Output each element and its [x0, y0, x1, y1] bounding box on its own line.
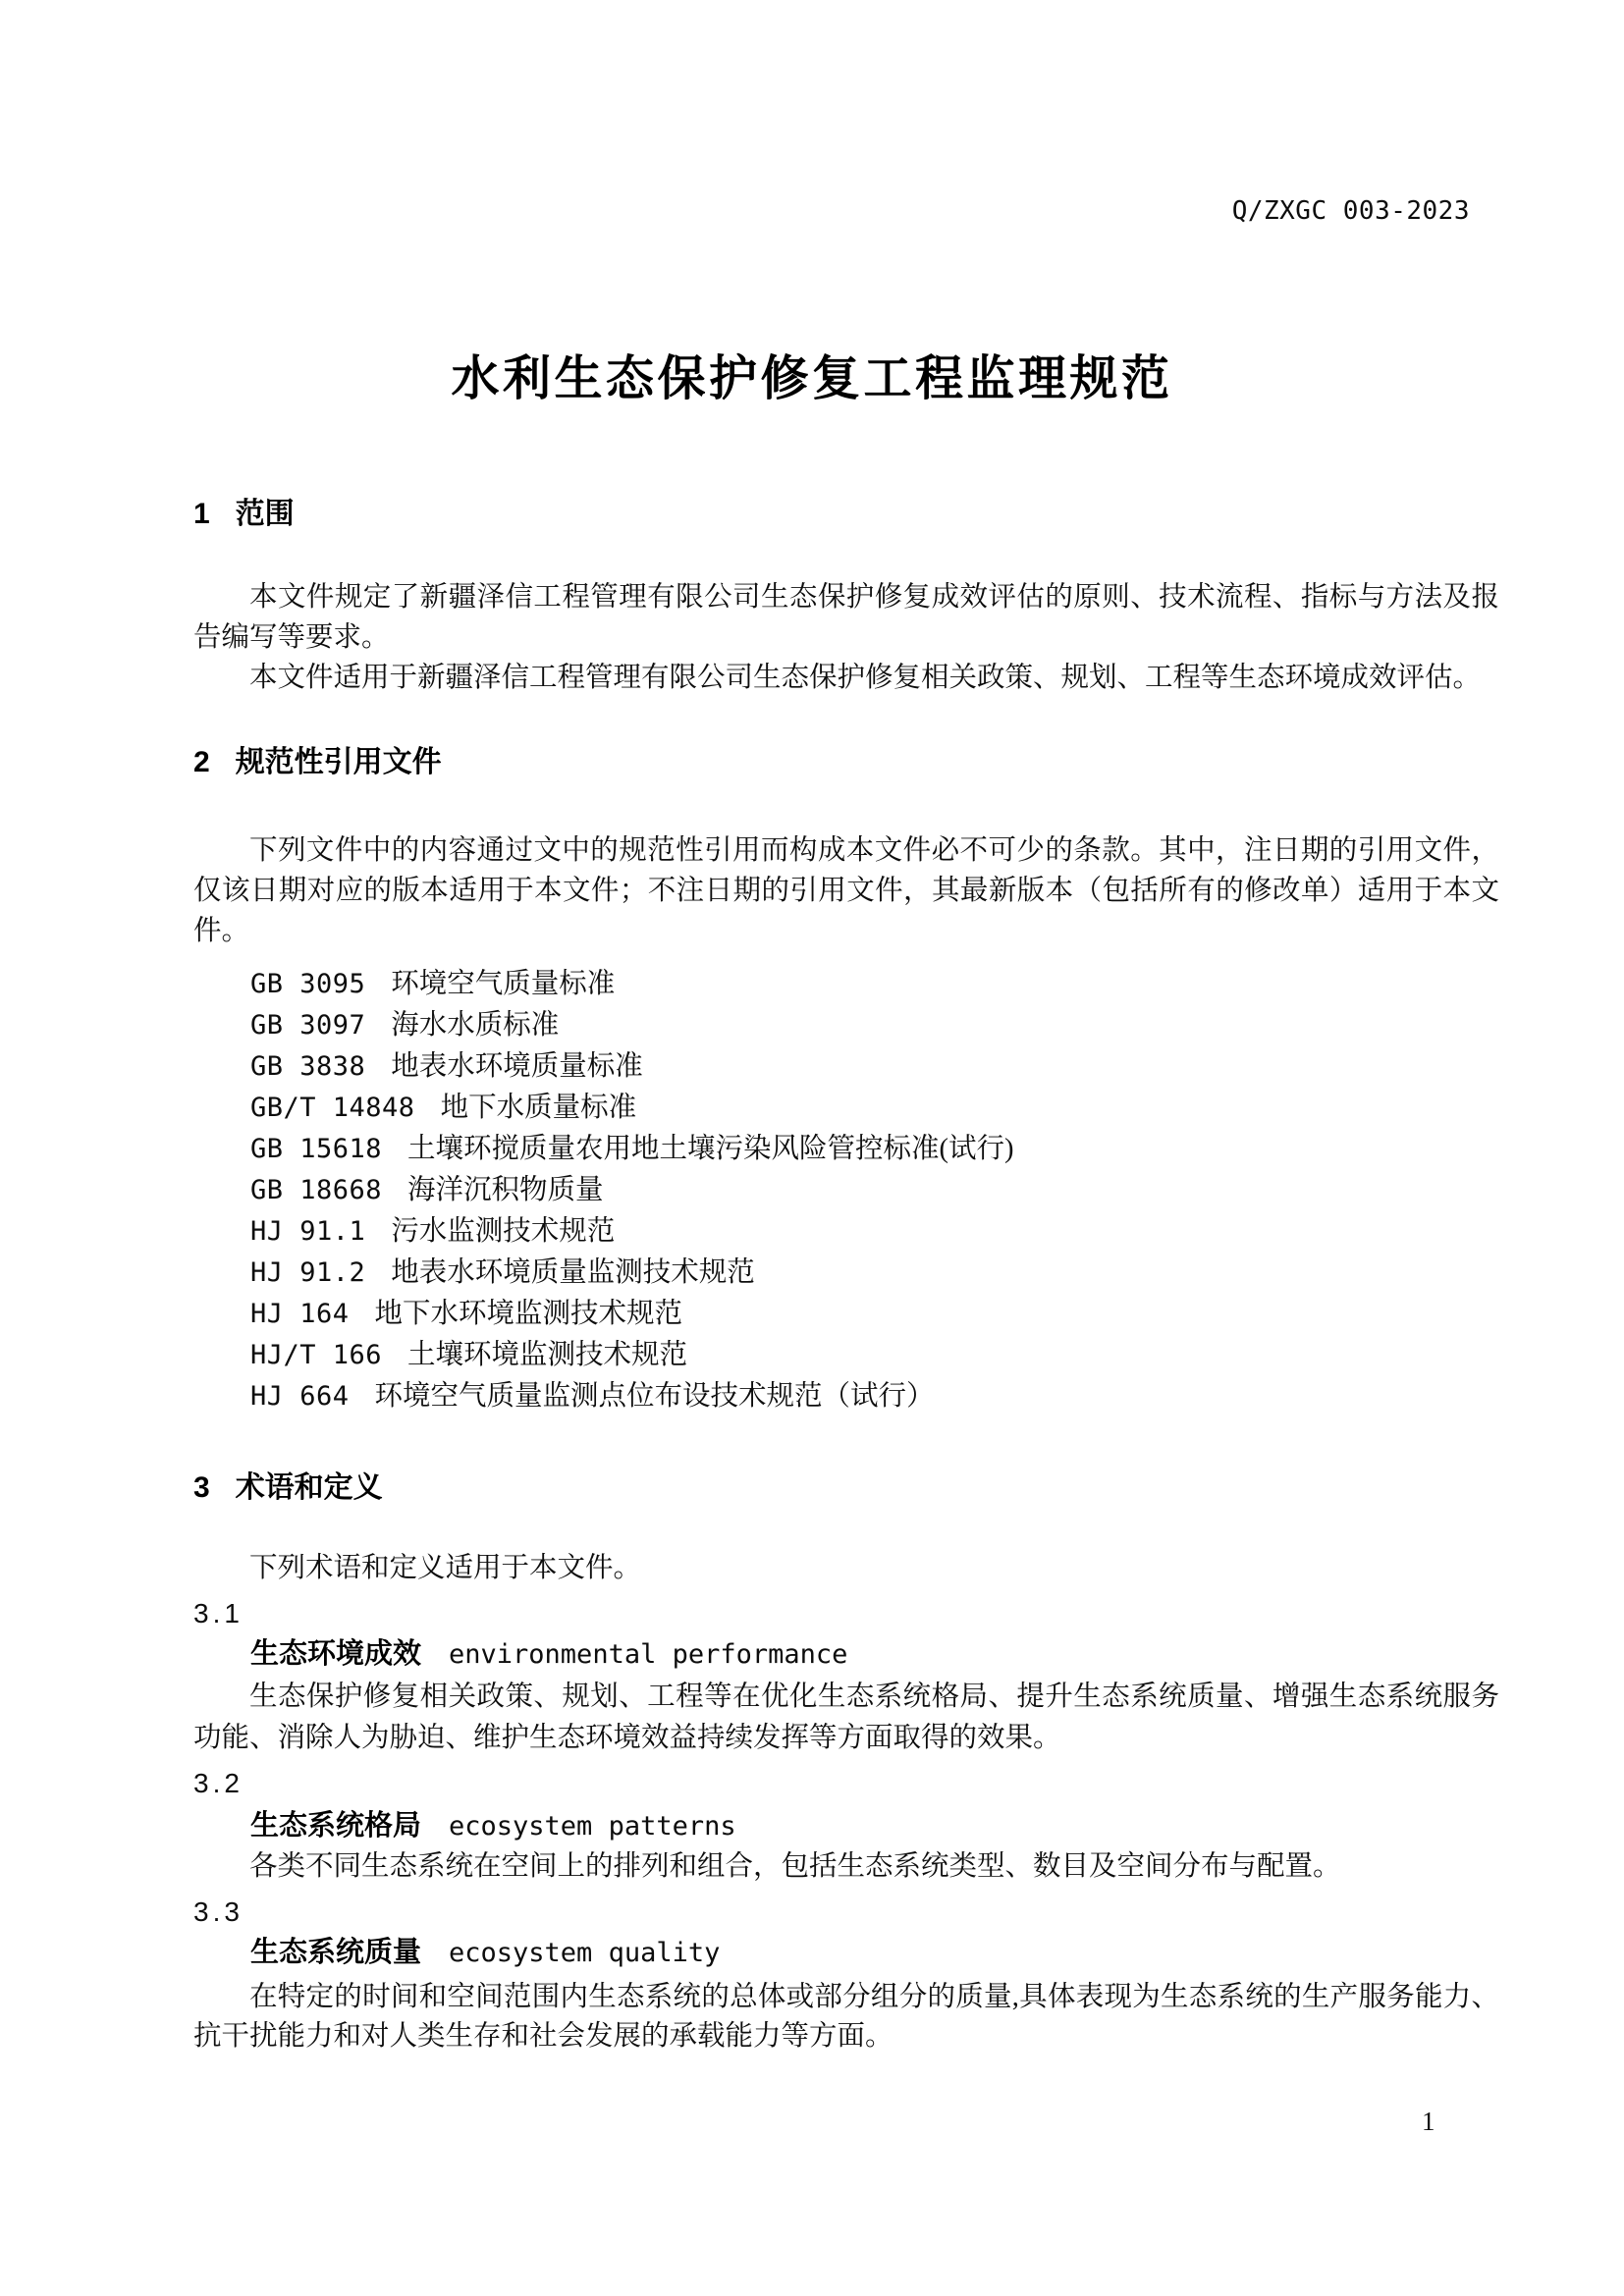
reference-item: GB 3838地表水环境质量标准	[250, 1046, 1517, 1088]
reference-title: 土壤环境监测技术规范	[407, 1340, 687, 1370]
paragraph: 各类不同生态系统在空间上的排列和组合，包括生态系统类型、数目及空间分布与配置。	[193, 1846, 1499, 1888]
reference-item: GB 3097海水水质标准	[250, 1005, 1517, 1046]
reference-item: HJ 164地下水环境监测技术规范	[250, 1294, 1517, 1335]
reference-code: HJ 91.2	[250, 1257, 365, 1288]
term-definition-3-2: 各类不同生态系统在空间上的排列和组合，包括生态系统类型、数目及空间分布与配置。	[193, 1846, 1499, 1888]
reference-title: 地下水环境监测技术规范	[375, 1299, 683, 1329]
reference-code: GB 3097	[250, 1010, 365, 1041]
reference-item: GB 3095环境空气质量标准	[250, 964, 1517, 1005]
section-number: 2	[193, 743, 210, 782]
reference-title: 地下水质量标准	[441, 1093, 637, 1123]
reference-code: HJ 164	[250, 1299, 350, 1329]
reference-item: HJ 664环境空气质量监测点位布设技术规范（试行）	[250, 1376, 1517, 1417]
reference-title: 海水水质标准	[391, 1010, 559, 1041]
term-name-en: ecosystem quality	[449, 1938, 720, 1968]
standard-code: Q/ZXGC 003-2023	[1232, 196, 1470, 226]
reference-title: 土壤环搅质量农用地土壤污染风险管控标准(试行)	[407, 1134, 1013, 1164]
reference-code: GB 3095	[250, 969, 365, 999]
reference-title: 环境空气质量监测点位布设技术规范（试行）	[375, 1381, 935, 1412]
reference-code: GB/T 14848	[250, 1093, 415, 1123]
reference-code: GB 18668	[250, 1175, 382, 1205]
paragraph: 下列术语和定义适用于本文件。	[193, 1548, 1499, 1588]
term-line-3-1: 生态环境成效environmental performance	[250, 1636, 847, 1677]
reference-code: HJ/T 166	[250, 1340, 382, 1370]
document-page: Q/ZXGC 003-2023 水利生态保护修复工程监理规范 1范围 本文件规定…	[0, 0, 1624, 2296]
reference-code: HJ 664	[250, 1381, 350, 1412]
term-name-zh: 生态系统格局	[250, 1810, 421, 1842]
reference-item: GB/T 14848地下水质量标准	[250, 1088, 1517, 1129]
term-name-zh: 生态系统质量	[250, 1937, 421, 1968]
section-title: 术语和定义	[236, 1471, 383, 1504]
reference-item: HJ/T 166土壤环境监测技术规范	[250, 1335, 1517, 1376]
document-title: 水利生态保护修复工程监理规范	[0, 349, 1624, 408]
reference-item: HJ 91.2地表水环境质量监测技术规范	[250, 1253, 1517, 1294]
reference-code: HJ 91.1	[250, 1216, 365, 1247]
section-title: 范围	[236, 498, 295, 530]
section-terms-intro: 下列术语和定义适用于本文件。	[193, 1548, 1499, 1588]
normative-references-list: GB 3095环境空气质量标准 GB 3097海水水质标准 GB 3838地表水…	[250, 964, 1517, 1417]
reference-title: 地表水环境质量监测技术规范	[391, 1257, 755, 1288]
paragraph: 生态保护修复相关政策、规划、工程等在优化生态系统格局、提升生态系统质量、增强生态…	[193, 1677, 1499, 1759]
reference-title: 污水监测技术规范	[391, 1216, 615, 1247]
term-line-3-3: 生态系统质量ecosystem quality	[250, 1935, 720, 1975]
reference-item: GB 18668海洋沉积物质量	[250, 1170, 1517, 1211]
reference-item: GB 15618土壤环搅质量农用地土壤污染风险管控标准(试行)	[250, 1129, 1517, 1170]
reference-item: HJ 91.1污水监测技术规范	[250, 1211, 1517, 1253]
term-name-zh: 生态环境成效	[250, 1638, 421, 1670]
reference-title: 海洋沉积物质量	[407, 1175, 604, 1205]
term-name-en: ecosystem patterns	[449, 1811, 736, 1842]
reference-title: 环境空气质量标准	[391, 969, 615, 999]
clause-number-3-3: 3.3	[193, 1895, 244, 1930]
section-title: 规范性引用文件	[236, 746, 442, 778]
clause-number-3-1: 3.1	[193, 1596, 244, 1631]
section-scope-body: 本文件规定了新疆泽信工程管理有限公司生态保护修复成效评估的原则、技术流程、指标与…	[193, 577, 1499, 698]
section-references-intro: 下列文件中的内容通过文中的规范性引用而构成本文件必不可少的条款。其中，注日期的引…	[193, 830, 1499, 951]
paragraph: 下列文件中的内容通过文中的规范性引用而构成本文件必不可少的条款。其中，注日期的引…	[193, 830, 1499, 951]
paragraph: 本文件适用于新疆泽信工程管理有限公司生态保护修复相关政策、规划、工程等生态环境成…	[193, 658, 1499, 698]
section-number: 3	[193, 1468, 210, 1508]
page-number: 1	[1422, 2107, 1435, 2137]
term-definition-3-1: 生态保护修复相关政策、规划、工程等在优化生态系统格局、提升生态系统质量、增强生态…	[193, 1677, 1499, 1759]
clause-number-3-2: 3.2	[193, 1766, 244, 1801]
section-number: 1	[193, 495, 210, 534]
paragraph: 在特定的时间和空间范围内生态系统的总体或部分组分的质量,具体表现为生态系统的生产…	[193, 1978, 1499, 2056]
reference-code: GB 3838	[250, 1051, 365, 1082]
section-terms-heading: 3术语和定义	[193, 1468, 383, 1508]
reference-code: GB 15618	[250, 1134, 382, 1164]
term-name-en: environmental performance	[449, 1639, 847, 1670]
section-scope-heading: 1范围	[193, 495, 295, 534]
section-references-heading: 2规范性引用文件	[193, 743, 442, 782]
paragraph: 本文件规定了新疆泽信工程管理有限公司生态保护修复成效评估的原则、技术流程、指标与…	[193, 577, 1499, 658]
term-definition-3-3: 在特定的时间和空间范围内生态系统的总体或部分组分的质量,具体表现为生态系统的生产…	[193, 1978, 1499, 2056]
reference-title: 地表水环境质量标准	[391, 1051, 643, 1082]
term-line-3-2: 生态系统格局ecosystem patterns	[250, 1808, 736, 1848]
